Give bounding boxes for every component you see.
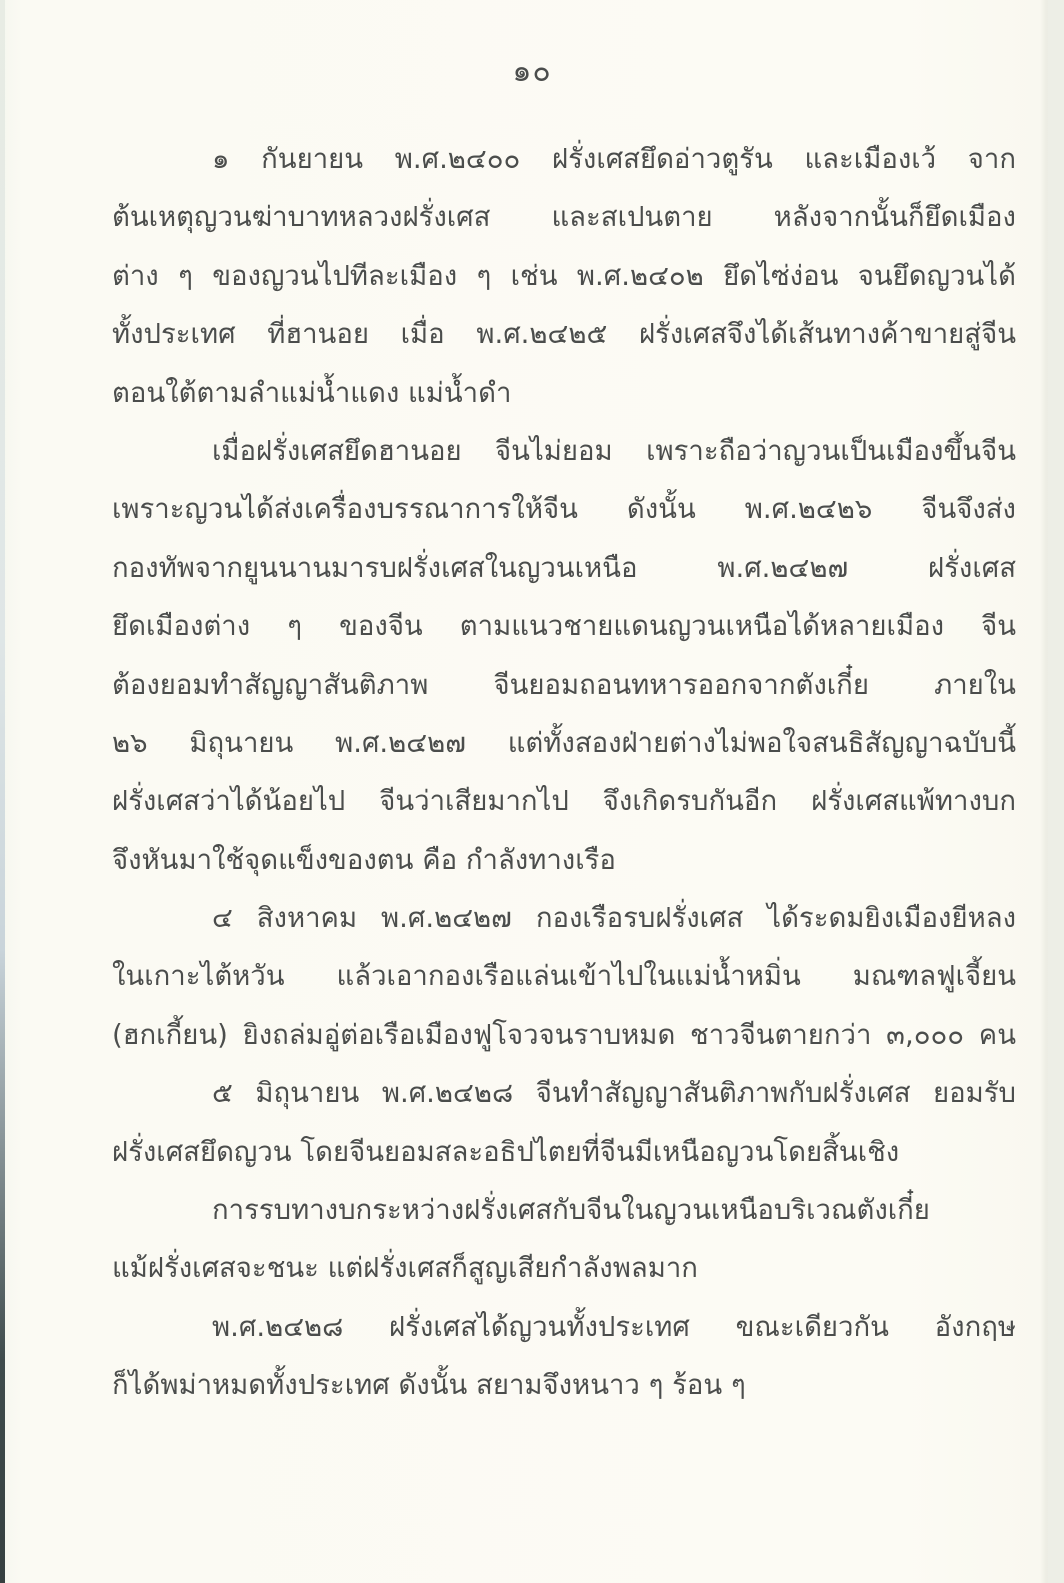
text-line: ต่าง ๆ ของญวนไปทีละเมือง ๆ เช่น พ.ศ.๒๔๐๒…	[112, 247, 1016, 305]
text-line: ต้นเหตุญวนฆ่าบาทหลวงฝรั่งเศส และสเปนตาย …	[112, 188, 1016, 246]
text-line: การรบทางบกระหว่างฝรั่งเศสกับจีนในญวนเหนื…	[112, 1181, 1016, 1239]
text-line: ในเกาะไต้หวัน แล้วเอากองเรือแล่นเข้าไปใน…	[112, 947, 1016, 1005]
text-line: ฝรั่งเศสว่าได้น้อยไป จีนว่าเสียมากไป จึง…	[112, 772, 1016, 830]
text-line: (ฮกเกี้ยน) ยิงถล่มอู่ต่อเรือเมืองฟูโจวจน…	[112, 1006, 1016, 1064]
text-line: ก็ได้พม่าหมดทั้งประเทศ ดังนั้น สยามจึงหน…	[112, 1356, 1016, 1414]
text-line: ตอนใต้ตามลำแม่น้ำแดง แม่น้ำดำ	[112, 364, 1016, 422]
text-line: ๑ กันยายน พ.ศ.๒๔๐๐ ฝรั่งเศสยึดอ่าวตูรัน …	[112, 130, 1016, 188]
page-number: ๑๐	[0, 48, 1064, 95]
book-page: ๑๐ ๑ กันยายน พ.ศ.๒๔๐๐ ฝรั่งเศสยึดอ่าวตูร…	[0, 0, 1064, 1583]
text-line: ๔ สิงหาคม พ.ศ.๒๔๒๗ กองเรือรบฝรั่งเศส ได้…	[112, 889, 1016, 947]
body-text: ๑ กันยายน พ.ศ.๒๔๐๐ ฝรั่งเศสยึดอ่าวตูรัน …	[112, 130, 1016, 1415]
page-spine-edge	[0, 0, 5, 1583]
text-line: พ.ศ.๒๔๒๘ ฝรั่งเศสได้ญวนทั้งประเทศ ขณะเดี…	[112, 1298, 1016, 1356]
text-line: ฝรั่งเศสยึดญวน โดยจีนยอมสละอธิปไตยที่จีน…	[112, 1123, 1016, 1181]
text-line: จึงหันมาใช้จุดแข็งของตน คือ กำลังทางเรือ	[112, 831, 1016, 889]
text-line: เพราะญวนได้ส่งเครื่องบรรณาการให้จีน ดังน…	[112, 480, 1016, 538]
text-line: กองทัพจากยูนนานมารบฝรั่งเศสในญวนเหนือ พ.…	[112, 539, 1016, 597]
text-line: ๕ มิถุนายน พ.ศ.๒๔๒๘ จีนทำสัญญาสันติภาพกั…	[112, 1064, 1016, 1122]
text-line: ยึดเมืองต่าง ๆ ของจีน ตามแนวชายแดนญวนเหน…	[112, 597, 1016, 655]
text-line: เมื่อฝรั่งเศสยึดฮานอย จีนไม่ยอม เพราะถือ…	[112, 422, 1016, 480]
page-right-edge	[1048, 0, 1064, 1583]
text-line: ต้องยอมทำสัญญาสันติภาพ จีนยอมถอนทหารออกจ…	[112, 656, 1016, 714]
text-line: แม้ฝรั่งเศสจะชนะ แต่ฝรั่งเศสก็สูญเสียกำล…	[112, 1239, 1016, 1297]
text-line: ทั้งประเทศ ที่ฮานอย เมื่อ พ.ศ.๒๔๒๕ ฝรั่ง…	[112, 305, 1016, 363]
text-line: ๒๖ มิถุนายน พ.ศ.๒๔๒๗ แต่ทั้งสองฝ่ายต่างไ…	[112, 714, 1016, 772]
